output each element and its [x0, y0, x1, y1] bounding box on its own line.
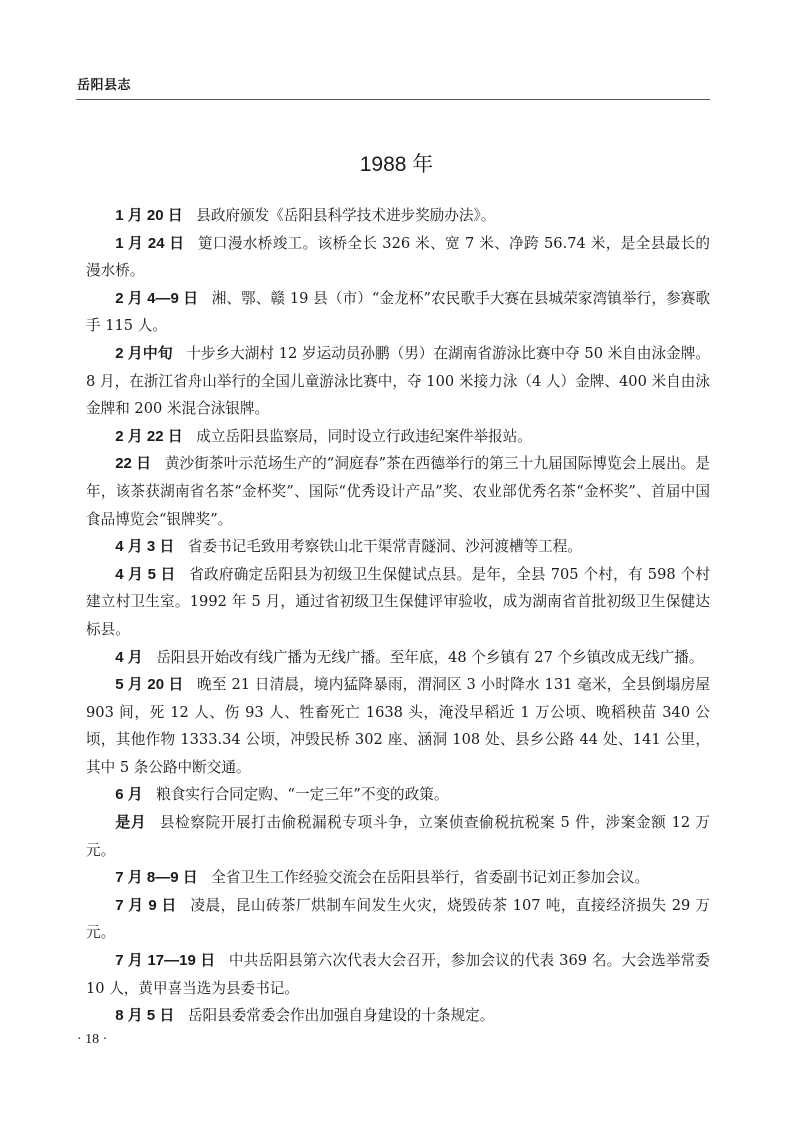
entry-text: 省委书记毛致用考察铁山北干渠常青隧洞、沙河渡槽等工程。 — [188, 538, 582, 555]
entry-date: 7 月 17—19 日 — [115, 952, 215, 969]
entry-date: 1 月 24 日 — [115, 235, 184, 252]
entry-text: 黄沙街茶叶示范场生产的“洞庭春”茶在西德举行的第三十九届国际博览会上展出。是年，… — [86, 455, 710, 527]
entry-date: 4 月 3 日 — [115, 538, 174, 555]
chronicle-entry: 7 月 17—19 日中共岳阳县第六次代表大会召开，参加会议的代表 369 名。… — [86, 947, 710, 1002]
entry-date: 是月 — [115, 814, 146, 831]
running-header-title: 岳阳县志 — [77, 74, 131, 93]
entry-date: 22 日 — [115, 455, 151, 472]
chronicle-entry: 8 月 5 日岳阳县委常委会作出加强自身建设的十条规定。 — [86, 1002, 710, 1030]
chronicle-entry: 6 月粮食实行合同定购、“一定三年”不变的政策。 — [86, 781, 710, 809]
chronicle-entry: 4 月 5 日省政府确定岳阳县为初级卫生保健试点县。是年，全县 705 个村，有… — [86, 561, 710, 644]
chronicle-body: 1 月 20 日县政府颁发《岳阳县科学技术进步奖励办法》。 1 月 24 日筻口… — [86, 202, 710, 1030]
chronicle-entry: 2 月 4—9 日湘、鄂、赣 19 县（市）“金龙杯”农民歌手大赛在县城荣家湾镇… — [86, 285, 710, 340]
entry-text: 县检察院开展打击偷税漏税专项斗争，立案侦查偷税抗税案 5 件，涉案金额 12 万… — [86, 814, 710, 859]
entry-date: 8 月 5 日 — [115, 1007, 174, 1024]
entry-date: 4 月 5 日 — [115, 566, 176, 583]
chronicle-entry: 5 月 20 日晚至 21 日清晨，境内猛降暴雨，渭洞区 3 小时降水 131 … — [86, 671, 710, 781]
entry-text: 县政府颁发《岳阳县科学技术进步奖励办法》。 — [196, 207, 495, 224]
entry-text: 十步乡大湖村 12 岁运动员孙鹏（男）在湖南省游泳比赛中夺 50 米自由泳金牌。… — [86, 345, 710, 417]
entry-text: 岳阳县委常委会作出加强自身建设的十条规定。 — [188, 1007, 494, 1024]
entry-text: 全省卫生工作经验交流会在岳阳县举行，省委副书记刘正参加会议。 — [211, 869, 649, 886]
entry-date: 6 月 — [115, 786, 143, 803]
page-number: · 18 · — [77, 1032, 107, 1048]
entry-date: 2 月中旬 — [115, 345, 173, 362]
entry-date: 4 月 — [115, 649, 143, 666]
entry-text: 成立岳阳县监察局，同时设立行政违纪案件举报站。 — [196, 428, 532, 445]
entry-date: 2 月 4—9 日 — [115, 290, 198, 307]
chronicle-entry: 1 月 24 日筻口漫水桥竣工。该桥全长 326 米、宽 7 米、净跨 56.7… — [86, 230, 710, 285]
chronicle-entry: 2 月 22 日成立岳阳县监察局，同时设立行政违纪案件举报站。 — [86, 423, 710, 451]
entry-text: 省政府确定岳阳县为初级卫生保健试点县。是年，全县 705 个村，有 598 个村… — [86, 566, 710, 638]
entry-date: 7 月 9 日 — [115, 897, 177, 914]
chronicle-entry: 4 月 3 日省委书记毛致用考察铁山北干渠常青隧洞、沙河渡槽等工程。 — [86, 533, 710, 561]
entry-date: 1 月 20 日 — [115, 207, 183, 224]
chronicle-entry: 7 月 9 日凌晨，昆山砖茶厂烘制车间发生火灾，烧毁砖茶 107 吨，直接经济损… — [86, 892, 710, 947]
chronicle-entry: 22 日黄沙街茶叶示范场生产的“洞庭春”茶在西德举行的第三十九届国际博览会上展出… — [86, 450, 710, 533]
entry-text: 凌晨，昆山砖茶厂烘制车间发生火灾，烧毁砖茶 107 吨，直接经济损失 29 万元… — [86, 897, 710, 942]
chronicle-entry: 是月县检察院开展打击偷税漏税专项斗争，立案侦查偷税抗税案 5 件，涉案金额 12… — [86, 809, 710, 864]
entry-text: 岳阳县开始改有线广播为无线广播。至年底，48 个乡镇有 27 个乡镇改成无线广播… — [156, 649, 703, 666]
section-title-year: 1988 年 — [0, 148, 793, 178]
entry-text: 粮食实行合同定购、“一定三年”不变的政策。 — [156, 786, 448, 803]
entry-date: 2 月 22 日 — [115, 428, 183, 445]
header-divider — [76, 99, 710, 100]
entry-date: 5 月 20 日 — [115, 676, 183, 693]
chronicle-entry: 7 月 8—9 日全省卫生工作经验交流会在岳阳县举行，省委副书记刘正参加会议。 — [86, 864, 710, 892]
entry-date: 7 月 8—9 日 — [115, 869, 198, 886]
chronicle-entry: 2 月中旬十步乡大湖村 12 岁运动员孙鹏（男）在湖南省游泳比赛中夺 50 米自… — [86, 340, 710, 423]
chronicle-entry: 1 月 20 日县政府颁发《岳阳县科学技术进步奖励办法》。 — [86, 202, 710, 230]
chronicle-entry: 4 月岳阳县开始改有线广播为无线广播。至年底，48 个乡镇有 27 个乡镇改成无… — [86, 644, 710, 672]
